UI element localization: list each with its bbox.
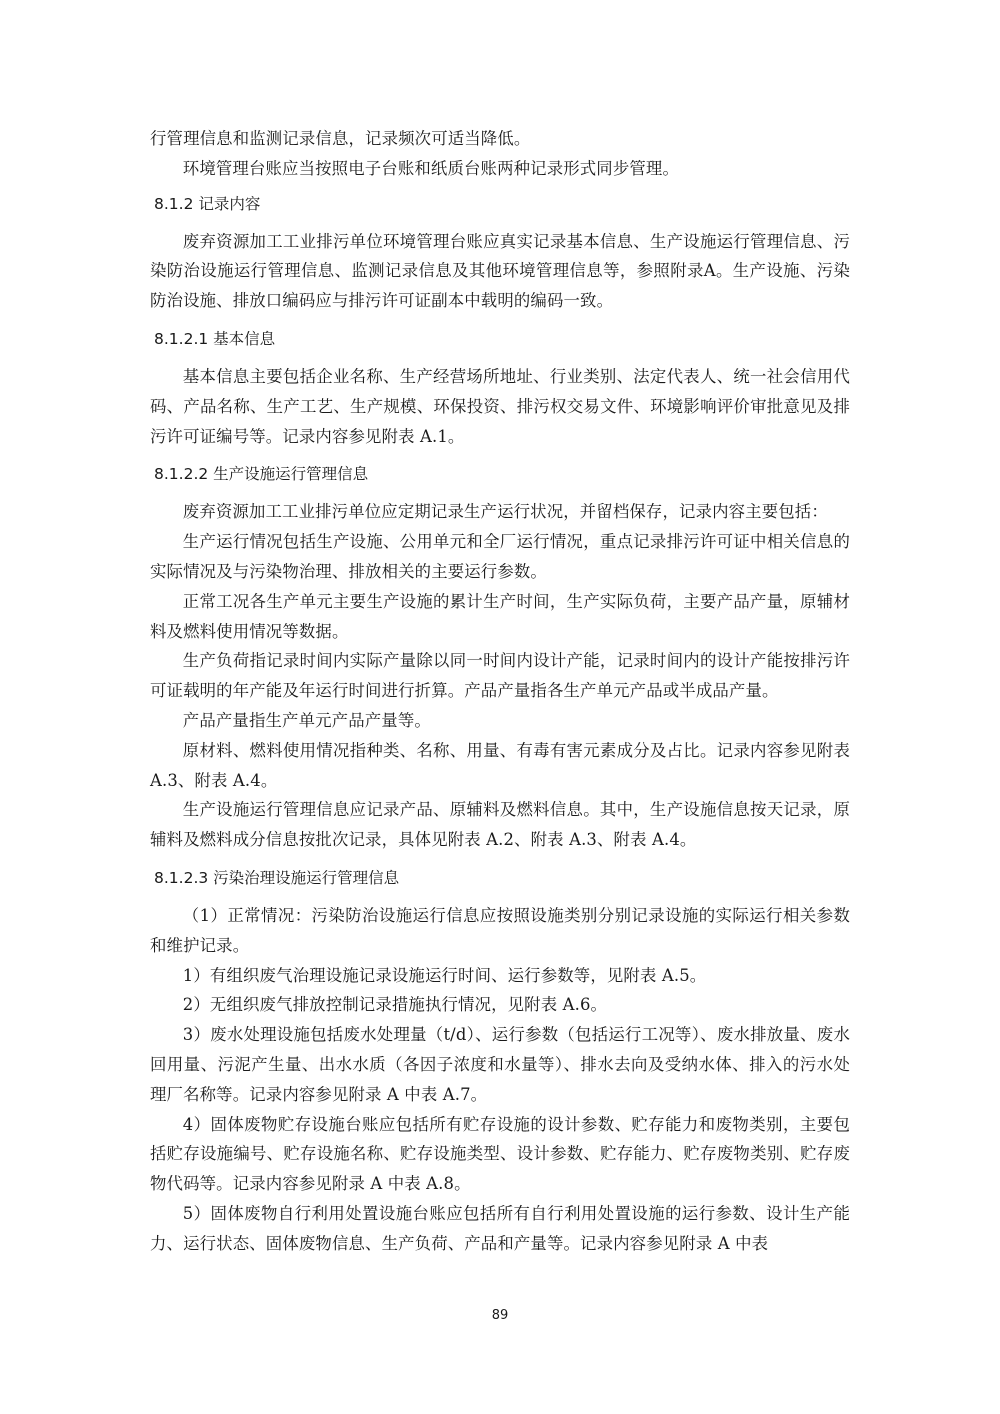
section-heading: 8.1.2.2 生产设施运行管理信息 bbox=[154, 464, 850, 484]
paragraph: 生产负荷指记录时间内实际产量除以同一时间内设计产能，记录时间内的设计产能按排污许… bbox=[150, 646, 850, 706]
paragraph: 环境管理台账应当按照电子台账和纸质台账两种记录形式同步管理。 bbox=[150, 154, 850, 184]
paragraph: 原材料、燃料使用情况指种类、名称、用量、有毒有害元素成分及占比。记录内容参见附表… bbox=[150, 736, 850, 796]
paragraph: 废弃资源加工工业排污单位环境管理台账应真实记录基本信息、生产设施运行管理信息、污… bbox=[150, 227, 850, 316]
paragraph: 正常工况各生产单元主要生产设施的累计生产时间，生产实际负荷，主要产品产量，原辅材… bbox=[150, 587, 850, 647]
paragraph: 废弃资源加工工业排污单位应定期记录生产运行状况，并留档保存，记录内容主要包括： bbox=[150, 497, 850, 527]
paragraph: 生产运行情况包括生产设施、公用单元和全厂运行情况，重点记录排污许可证中相关信息的… bbox=[150, 527, 850, 587]
paragraph: 行管理信息和监测记录信息，记录频次可适当降低。 bbox=[150, 124, 850, 154]
section-heading: 8.1.2.1 基本信息 bbox=[154, 329, 850, 349]
paragraph: 生产设施运行管理信息应记录产品、原辅料及燃料信息。其中，生产设施信息按天记录，原… bbox=[150, 795, 850, 855]
paragraph: 基本信息主要包括企业名称、生产经营场所地址、行业类别、法定代表人、统一社会信用代… bbox=[150, 362, 850, 451]
list-item: 3）废水处理设施包括废水处理量（t/d）、运行参数（包括运行工况等）、废水排放量… bbox=[150, 1020, 850, 1109]
list-item: 2）无组织废气排放控制记录措施执行情况，见附表 A.6。 bbox=[150, 990, 850, 1020]
document-page: 行管理信息和监测记录信息，记录频次可适当降低。 环境管理台账应当按照电子台账和纸… bbox=[150, 124, 850, 1259]
page-number: 89 bbox=[0, 1308, 1000, 1323]
list-item: 4）固体废物贮存设施台账应包括所有贮存设施的设计参数、贮存能力和废物类别，主要包… bbox=[150, 1110, 850, 1199]
section-heading: 8.1.2.3 污染治理设施运行管理信息 bbox=[154, 868, 850, 888]
paragraph: 产品产量指生产单元产品产量等。 bbox=[150, 706, 850, 736]
section-heading: 8.1.2 记录内容 bbox=[154, 194, 850, 214]
paragraph: （1）正常情况：污染防治设施运行信息应按照设施类别分别记录设施的实际运行相关参数… bbox=[150, 901, 850, 961]
list-item: 5）固体废物自行利用处置设施台账应包括所有自行利用处置设施的运行参数、设计生产能… bbox=[150, 1199, 850, 1259]
list-item: 1）有组织废气治理设施记录设施运行时间、运行参数等，见附表 A.5。 bbox=[150, 961, 850, 991]
